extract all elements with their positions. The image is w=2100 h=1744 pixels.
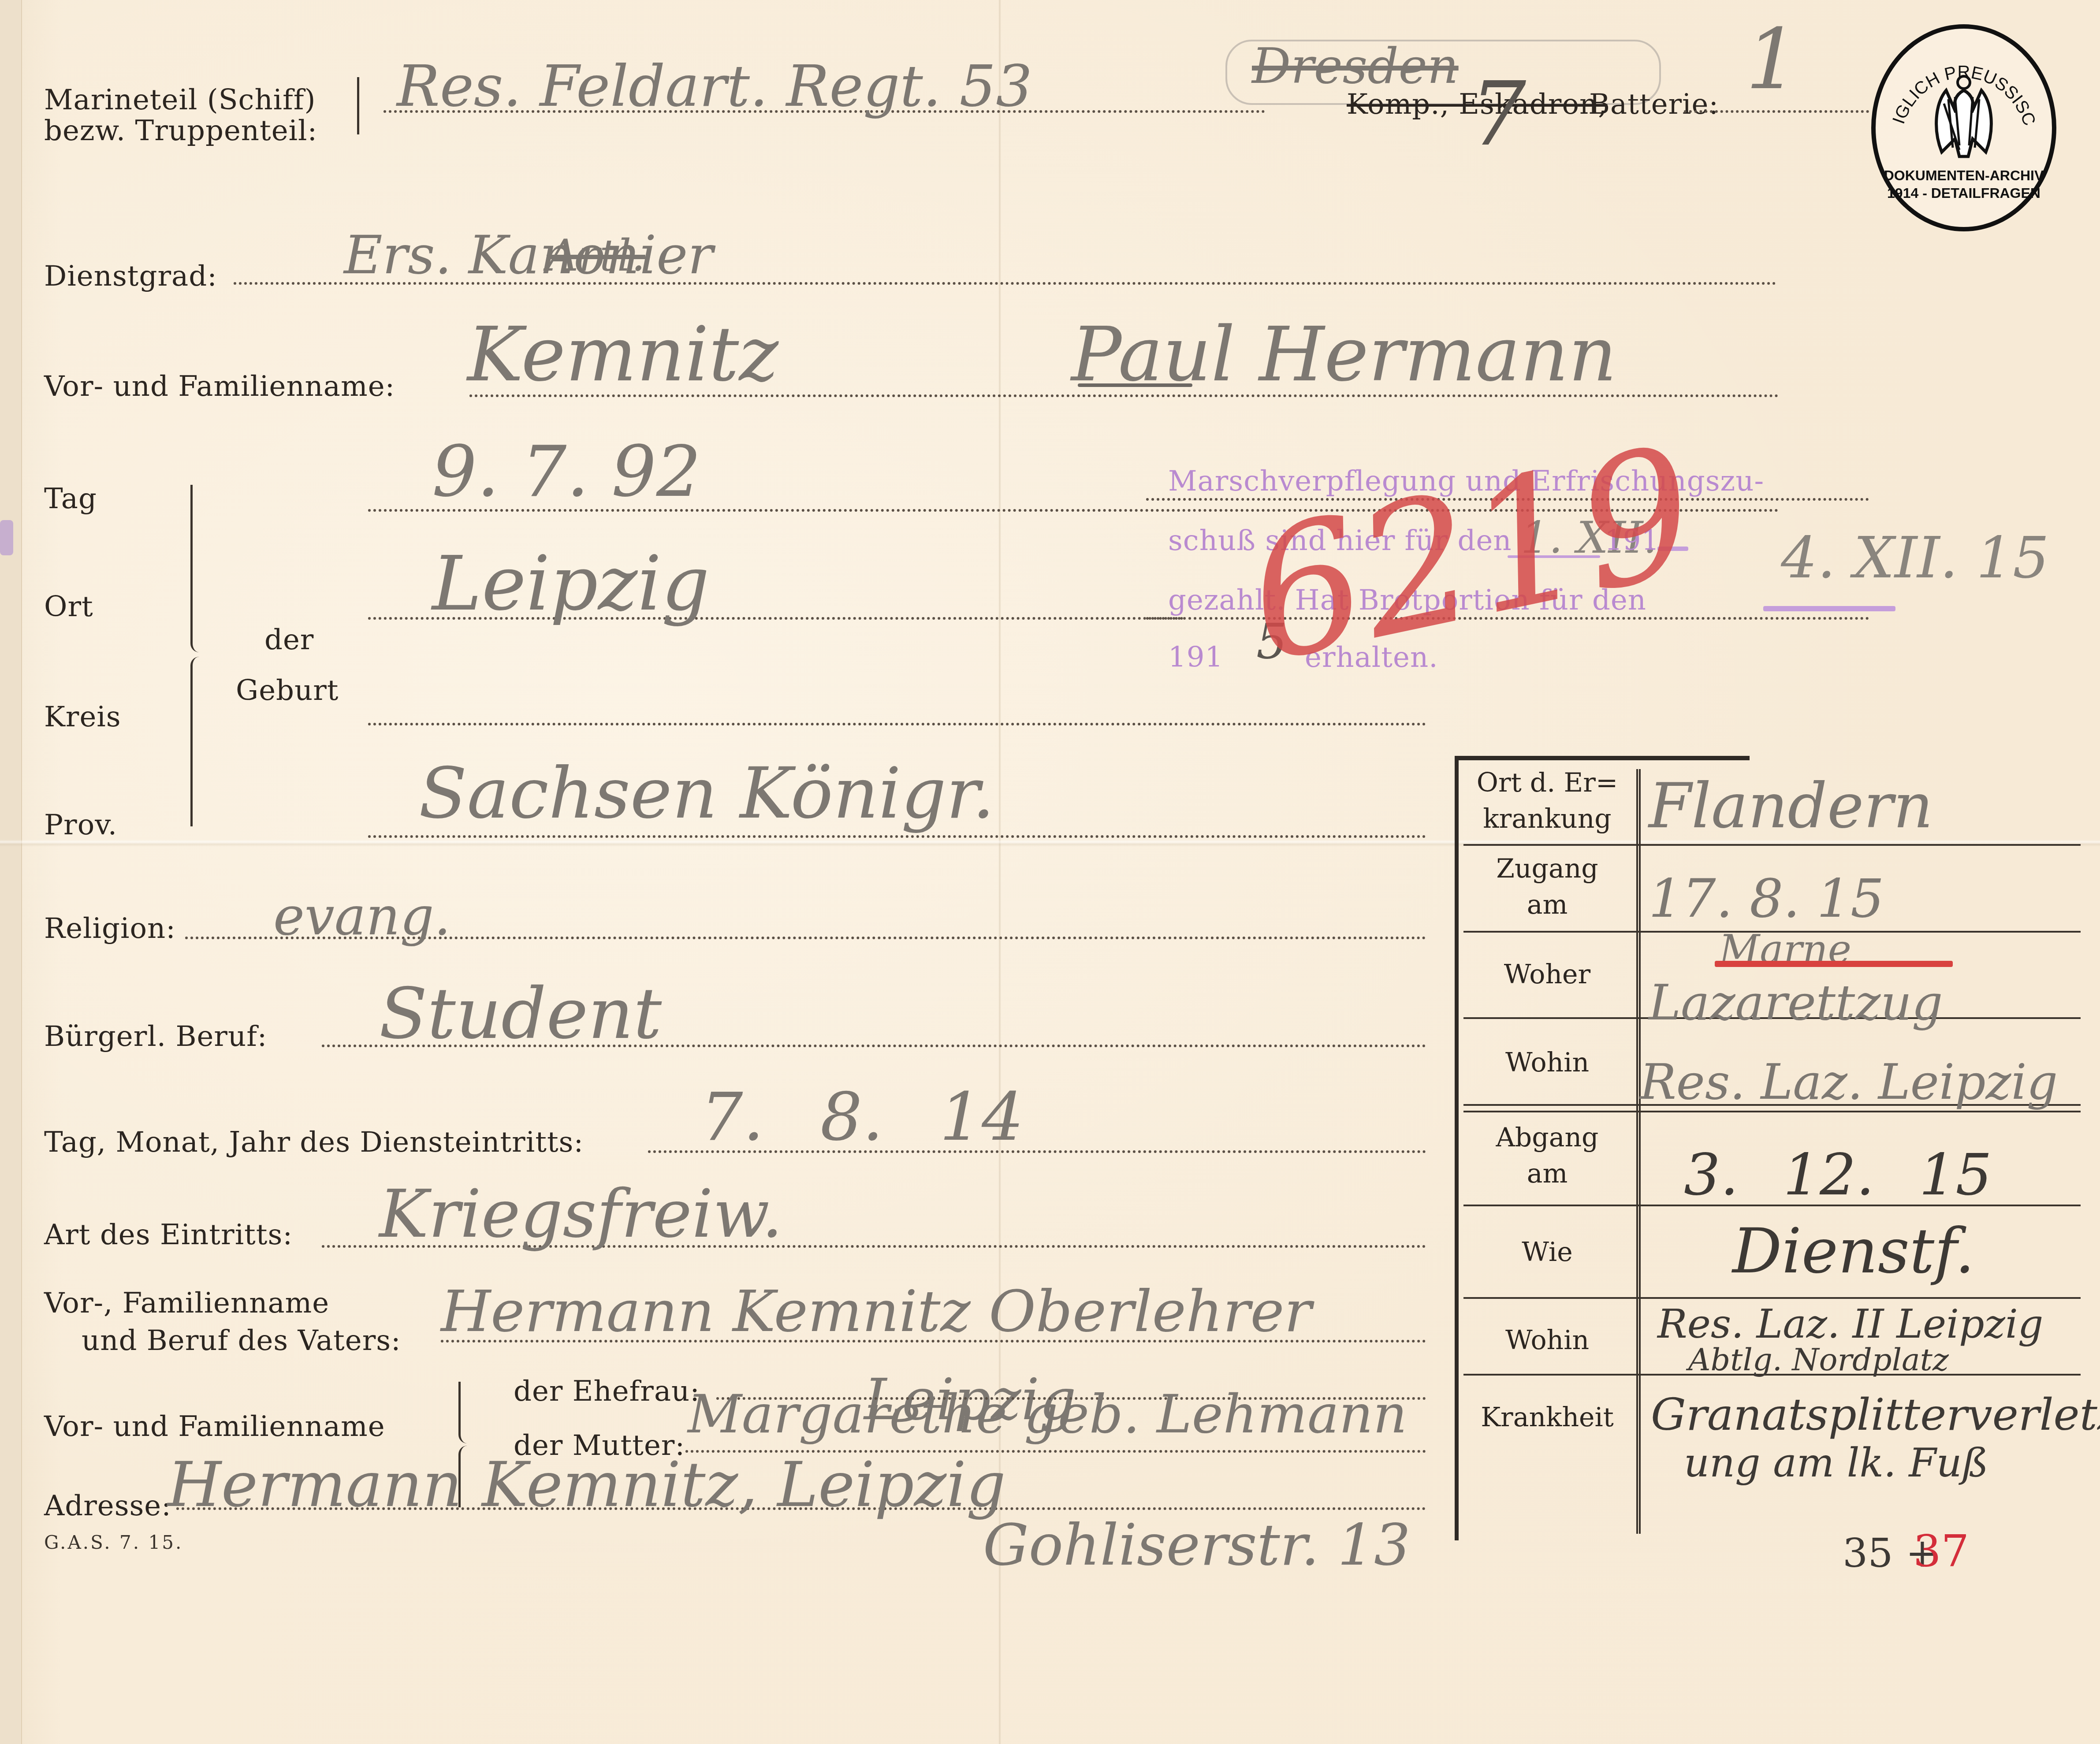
table-value-zugang: 17. 8. 15 [1649,873,1884,926]
given-name-underline [1078,383,1192,387]
birth-day-value: 9. 7. 92 [432,436,701,507]
table-value-erkrankung: Flandern [1649,776,1933,837]
table-label-woher: Woher [1459,956,1635,993]
table-value-krankheit: Granatsplitterverletz- [1651,1393,2100,1437]
enlistment-type-label: Art des Eintritts: [44,1221,293,1249]
archive-stamp: KÖNIGLICH PREUSSISCHES DOKUMENTEN-ARCHIV… [1871,24,2056,231]
unit-bracket [357,77,368,134]
table-value-woher: Lazarettzug [1649,978,1943,1027]
table-label-zugang: Zugang am [1459,851,1635,923]
footer-note-red: 37 [1913,1529,1969,1573]
seal-line-1: DOKUMENTEN-ARCHIV [1876,167,2052,184]
birth-place-label: Ort [44,593,93,621]
names-bracket-top [458,1382,469,1443]
birth-bracket-bottom [190,657,201,826]
table-row-sep [1463,1297,2081,1299]
label-line: krankung [1459,801,1635,837]
label-line: am [1459,887,1635,923]
unit-label-line2: bezw. Truppenteil: [44,117,317,145]
table-label-abgang: Abgang am [1459,1119,1635,1192]
birth-district-label: Kreis [44,703,121,731]
label-line: Ort d. Er= [1459,765,1635,801]
unit-value: Res. Feldart. Regt. 53 [397,57,1032,115]
father-value: Hermann Kemnitz Oberlehrer [441,1283,1312,1340]
table-value-krankheit-line2: ung am lk. Fuß [1684,1443,1988,1483]
table-value-wie: Dienstf. [1732,1221,1974,1283]
table-value-wohin-2-line2: Abtlg. Nordplatz [1688,1344,1949,1375]
birth-day-label: Tag [44,485,97,513]
enlistment-date-value: 7. 8. 14 [701,1084,1024,1150]
table-row-sep [1463,1111,2081,1112]
occupation-value: Student [379,978,662,1049]
paper-edge [0,0,22,1744]
label-line: Abgang [1459,1119,1635,1156]
table-value-abgang: 3. 12. 15 [1684,1146,1992,1203]
birth-group-label-1: der [264,626,314,654]
enlistment-date-label: Tag, Monat, Jahr des Diensteintritts: [44,1128,584,1156]
birth-province-label: Prov. [44,811,117,839]
father-label-line1: Vor-, Familienname [44,1289,329,1317]
address-value-line2: Gohliserstr. 13 [983,1516,1411,1573]
birth-place-value: Leipzig [432,547,709,621]
table-row-sep [1463,844,2081,846]
birth-bracket-top [190,485,201,652]
form-code: G.A.S. 7. 15. [44,1532,183,1553]
company-label: Batterie: [1589,90,1719,119]
red-strike-line [1715,961,1953,967]
birth-district-line [368,723,1426,725]
rank-value-struck: Artl. [547,234,645,278]
birth-province-value: Sachsen Königr. [419,758,994,829]
company-value: 7 [1470,71,1526,159]
names-group-label: Vor- und Familienname [44,1413,385,1441]
label-line: am [1459,1156,1635,1192]
occupation-label: Bürgerl. Beruf: [44,1023,267,1051]
ink-smudge [0,520,13,555]
pencil-margin-note: 4. XII. 15 [1781,529,2049,586]
birth-province-line [368,835,1426,838]
wife-label: der Ehefrau: [514,1377,700,1406]
surname-value: Kemnitz [467,317,778,392]
company-line [1684,110,1869,113]
address-value: Hermann Kemnitz, Leipzig [168,1454,1006,1516]
religion-value: evang. [273,890,451,943]
corner-number: 1 [1746,18,1799,101]
ration-fill-line-2 [1763,606,1895,611]
name-label: Vor- und Familienname: [44,372,395,401]
ration-year-2: 191 [1168,643,1223,672]
mother-value: Margarethe geb. Lehmann [688,1388,1407,1441]
rank-label: Dienstgrad: [44,262,217,290]
table-label-wohin-2: Wohin [1459,1322,1635,1358]
table-label-krankheit: Krankheit [1459,1399,1635,1435]
address-label: Adresse: [44,1492,171,1520]
table-value-wohin: Res. Laz. Leipzig [1640,1058,2058,1106]
given-names-value: Paul Hermann [1071,317,1617,392]
table-label-wohin: Wohin [1459,1045,1635,1081]
father-label-line2: und Beruf des Vaters: [82,1327,401,1355]
unit-label-line1: Marineteil (Schiff) [44,86,316,114]
seal-line-2: 1914 - DETAILFRAGEN [1876,185,2052,201]
enlistment-type-value: Kriegsfreiw. [379,1181,783,1247]
table-value-wohin-2: Res. Laz. II Leipzig [1657,1305,2043,1344]
label-line: Zugang [1459,851,1635,887]
prussian-eagle-icon [1929,73,1999,161]
table-label-erkrankung: Ort d. Er= krankung [1459,765,1635,837]
table-divider [1636,769,1641,1534]
religion-label: Religion: [44,915,176,943]
birth-group-label-2: Geburt [236,677,339,705]
rank-value: Ers. Kanonier [344,229,713,282]
table-label-wie: Wie [1459,1234,1635,1270]
